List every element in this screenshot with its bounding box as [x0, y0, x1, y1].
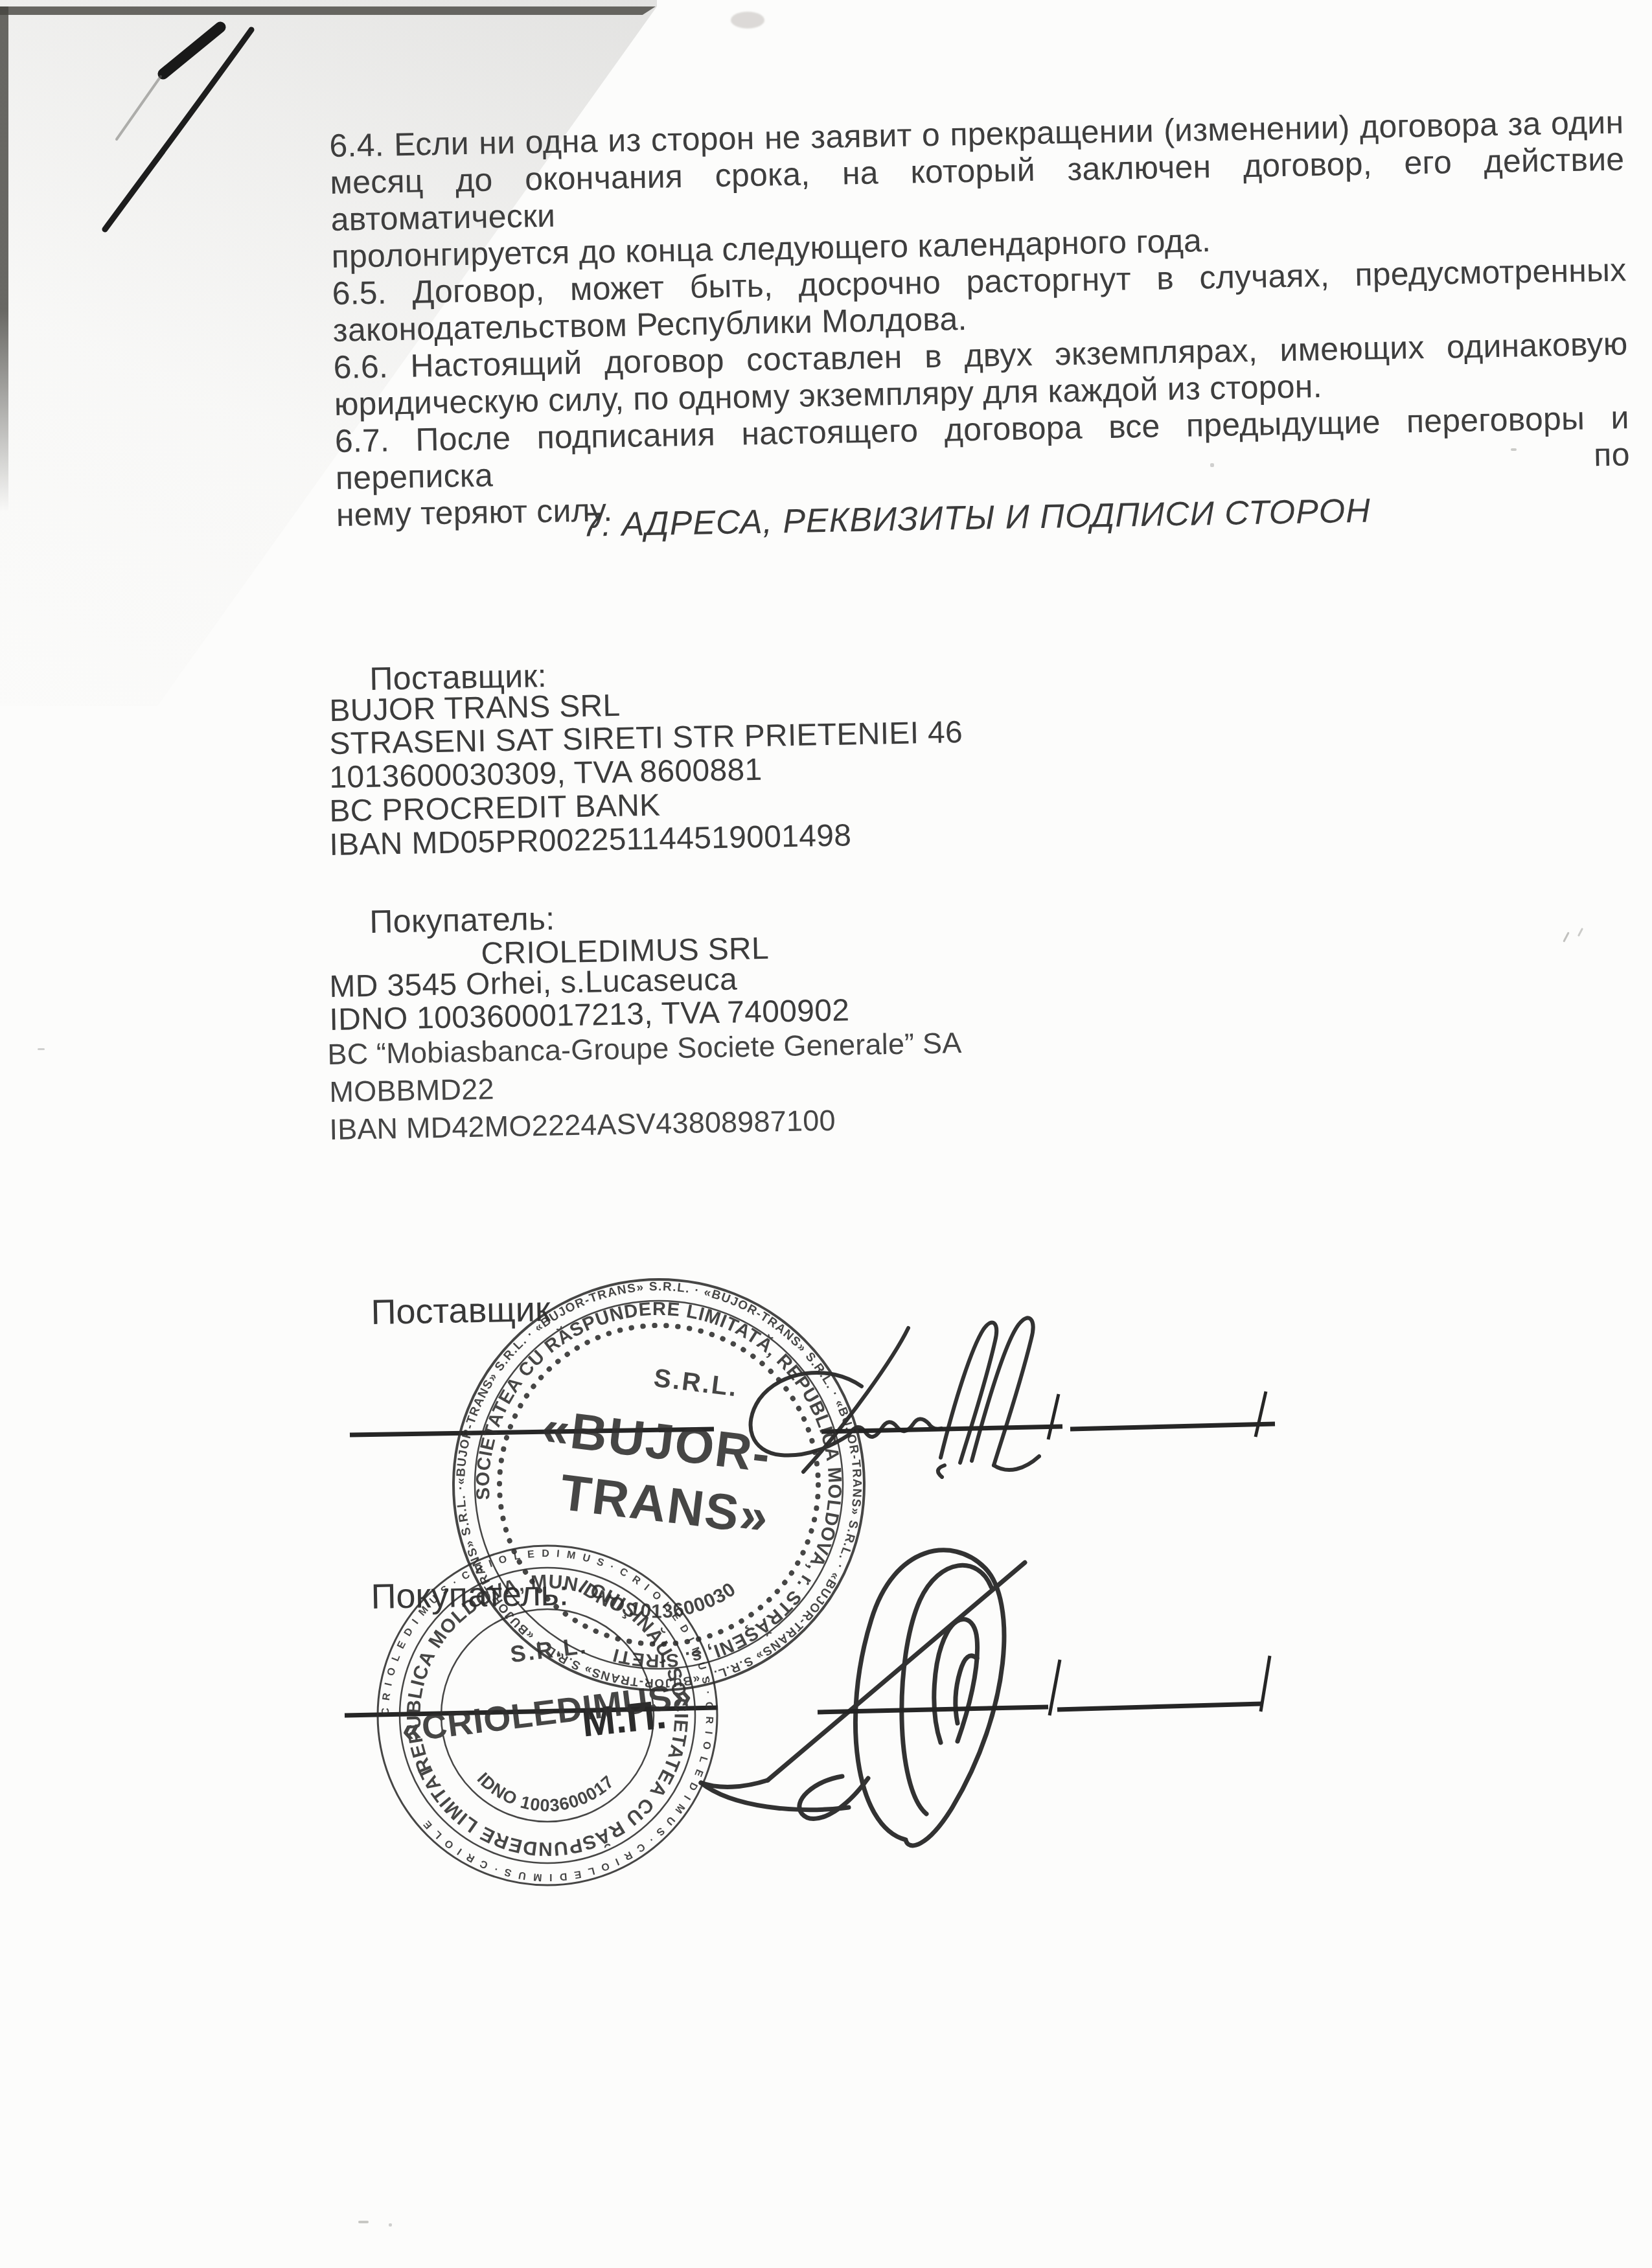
slash-mark [1256, 1392, 1266, 1437]
stamp-inner-ring-text: REPUBLICA MOLDOVA, MUN. CHIŞINĂU, SOCIET… [0, 0, 692, 1860]
slash-mark [1048, 1394, 1059, 1439]
stamp-company-name: «CRIOLEDIMUS» [400, 1676, 694, 1750]
slash-mark [1261, 1656, 1270, 1712]
svg-text:IDNO 1003600017213: IDNO 1003600017213 [0, 0, 618, 1815]
scanned-contract-page: 6.4. Если ни одна из сторон не заявит о … [0, 0, 1652, 2268]
stamp-srl-text: S.R.L. [652, 1364, 740, 1403]
stamp-idno-text: IDNO 1003600017213 [0, 0, 618, 1815]
ink-overlay: «BUJOR-TRANS» S.R.L. · «BUJOR-TRANS» S.R… [0, 0, 1652, 2268]
stamp-idno-text: IDNO 1013600030309 [0, 0, 740, 1622]
slash-mark [1050, 1660, 1060, 1715]
svg-text:IDNO 1013600030309: IDNO 1013600030309 [0, 0, 740, 1622]
buyer-stamp-crioledimus: CRIOLEDIMUS·CRIOLEDIMUS·CRIOLEDIMUS·CRIO… [0, 0, 717, 1885]
corner-pen-marks [105, 27, 251, 229]
svg-text:REPUBLICA MOLDOVA, MUN. CHIŞIN: REPUBLICA MOLDOVA, MUN. CHIŞINĂU, SOCIET… [0, 0, 692, 1860]
buyer-signature [701, 1550, 1025, 1846]
supplier-stamp-bujor-trans: «BUJOR-TRANS» S.R.L. · «BUJOR-TRANS» S.R… [0, 0, 864, 1690]
